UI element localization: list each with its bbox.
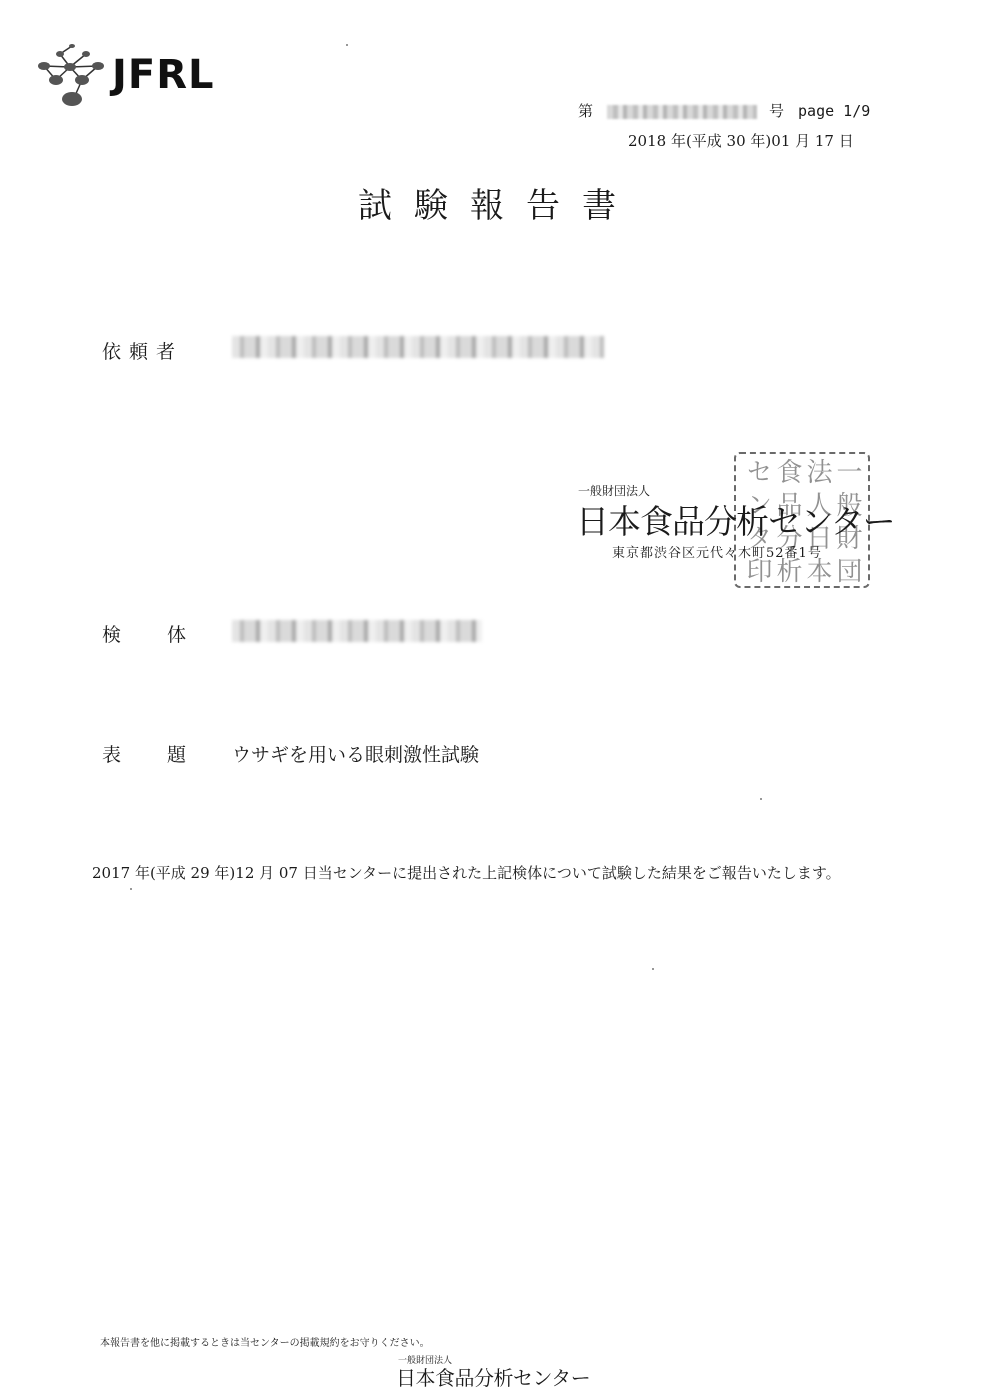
document-number: 第号page 1/9 xyxy=(578,100,870,121)
scan-speck xyxy=(652,968,654,970)
redacted-requester xyxy=(232,336,604,358)
issuer-org-name: 日本食品分析センター xyxy=(576,496,895,543)
issue-date: 2018 年(平成 30 年)01 月 17 日 xyxy=(628,130,854,151)
jfrl-logo: JFRL xyxy=(36,40,226,110)
subject-label: 表題 xyxy=(102,740,186,767)
scan-speck xyxy=(130,888,132,890)
scan-speck xyxy=(346,44,348,46)
redacted-doc-number xyxy=(607,105,757,119)
specimen-label: 検体 xyxy=(102,620,186,647)
requester-label: 依頼者 xyxy=(102,337,183,364)
page-indicator: page 1/9 xyxy=(798,102,870,120)
report-statement: 2017 年(平成 29 年)12 月 07 日当センターに提出された上記検体に… xyxy=(92,862,841,883)
scan-speck xyxy=(760,798,762,800)
subject-value: ウサギを用いる眼刺激性試験 xyxy=(232,740,479,767)
issuer-address: 東京都渋谷区元代々木町52番1号 xyxy=(612,542,822,561)
document-title: 試験報告書 xyxy=(358,178,638,227)
redacted-specimen xyxy=(232,620,482,642)
doc-number-suffix: 号 xyxy=(769,102,784,120)
logo-text: JFRL xyxy=(112,52,215,98)
footer-note: 本報告書を他に掲載するときは当センターの掲載規約をお守りください。 xyxy=(100,1334,430,1349)
network-molecule-icon xyxy=(36,40,112,110)
doc-number-prefix: 第 xyxy=(578,102,593,120)
footer-org-name: 日本食品分析センター xyxy=(396,1362,590,1391)
